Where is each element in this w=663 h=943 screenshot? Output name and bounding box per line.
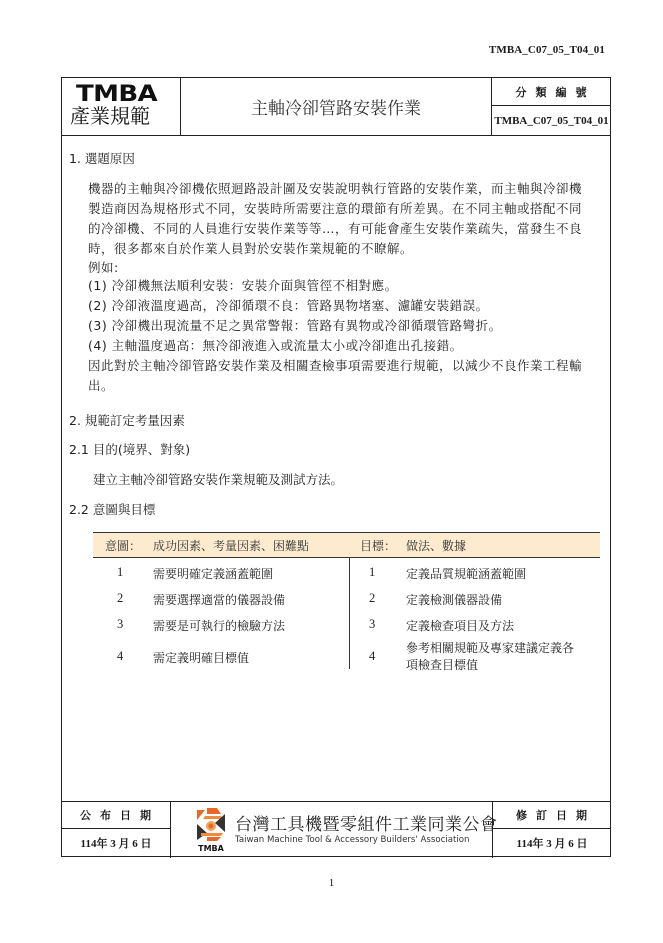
header-goal-desc: 做法、數據 bbox=[406, 537, 466, 554]
example-item-4: (4) 主軸溫度過高：無冷卻液進入或流量太小或冷卻進出孔接錯。 bbox=[88, 336, 608, 356]
logo-industry-standard-text: 產業規範 bbox=[70, 105, 150, 127]
header-intent-label: 意圖： bbox=[105, 537, 141, 554]
row-index: 4 bbox=[369, 649, 375, 664]
paragraph-line: 時，很多都來自於作業人員對於安裝作業規範的不瞭解。 bbox=[88, 239, 608, 259]
example-item-3: (3) 冷卻機出現流量不足之異常警報：管路有異物或冷卻循環管路彎折。 bbox=[88, 316, 608, 336]
goal-cell: 參考相關規範及專家建議定義各 bbox=[406, 639, 574, 656]
row-index: 1 bbox=[117, 565, 123, 580]
header-goal-label: 目標： bbox=[360, 537, 396, 554]
classification-label: 分類編號 bbox=[492, 78, 611, 106]
paragraph-line: 因此對於主軸冷卻管路安裝作業及相關查檢事項需要進行規範，以減少不良作業工程輸 bbox=[88, 356, 608, 376]
table-row: 2 需要選擇適當的儀器設備 2 定義檢測儀器設備 bbox=[93, 587, 600, 613]
paragraph-line: 製造商因為規格形式不同，安裝時所需要注意的環節有所差異。在不同主軸或搭配不同 bbox=[88, 199, 608, 219]
intent-cell: 需定義明確目標值 bbox=[153, 649, 249, 666]
publish-date-value: 114年 3 月 6 日 bbox=[62, 829, 170, 857]
paragraph-line: 機器的主軸與冷卻機依照迴路設計圖及安裝說明執行管路的安裝作業，而主軸與冷卻機 bbox=[88, 179, 608, 199]
goal-cell: 定義檢測儀器設備 bbox=[406, 591, 502, 608]
paragraph-line: 的冷卻機、不同的人員進行安裝作業等等…，有可能會產生安裝作業疏失，當發生不良 bbox=[88, 219, 608, 239]
header-intent-desc: 成功因素、考量因素、困難點 bbox=[153, 537, 309, 554]
publish-date-label: 公布日期 bbox=[62, 802, 170, 829]
example-label: 例如: bbox=[88, 259, 608, 276]
goal-cell-continued: 項檢查目標值 bbox=[406, 656, 478, 673]
section-2-1-text: 建立主軸冷卻管路安裝作業規範及測試方法。 bbox=[93, 472, 343, 488]
association-branding: TMBA 台灣工具機暨零組件工業同業公會 Taiwan Machine Tool… bbox=[171, 802, 492, 858]
association-name-english: Taiwan Machine Tool & Accessory Builders… bbox=[235, 835, 469, 845]
row-index: 1 bbox=[369, 565, 375, 580]
table-row: 3 需要是可執行的檢驗方法 3 定義檢查項目及方法 bbox=[93, 613, 600, 639]
revision-date-label: 修訂日期 bbox=[493, 802, 611, 829]
document-id-top: TMBA_C07_05_T04_01 bbox=[489, 44, 605, 56]
table-header: 意圖： 成功因素、考量因素、困難點 目標： 做法、數據 bbox=[93, 532, 600, 558]
section-2-heading: 2. 規範訂定考量因素 bbox=[69, 413, 185, 429]
tmba-association-logo-icon: TMBA bbox=[193, 806, 229, 854]
svg-text:TMBA: TMBA bbox=[198, 844, 225, 853]
document-header: TMBA 產業規範 主軸冷卻管路安裝作業 分類編號 TMBA_C07_05_T0… bbox=[62, 78, 610, 136]
revision-date-value: 114年 3 月 6 日 bbox=[493, 829, 611, 857]
table-row: 1 需要明確定義涵蓋範圍 1 定義品質規範涵蓋範圍 bbox=[93, 561, 600, 587]
row-index: 2 bbox=[369, 591, 375, 606]
section-2-2-heading: 2.2 意圖與目標 bbox=[69, 502, 155, 518]
paragraph-line: 出。 bbox=[88, 376, 608, 396]
goal-cell: 定義檢查項目及方法 bbox=[406, 617, 514, 634]
intent-cell: 需要明確定義涵蓋範圍 bbox=[153, 565, 273, 582]
section-1-body: 機器的主軸與冷卻機依照迴路設計圖及安裝說明執行管路的安裝作業，而主軸與冷卻機 製… bbox=[88, 179, 608, 396]
publish-date-box: 公布日期 114年 3 月 6 日 bbox=[62, 802, 171, 858]
page-number: 1 bbox=[0, 877, 663, 889]
tmba-standard-logo: TMBA 產業規範 bbox=[62, 78, 181, 135]
revision-date-box: 修訂日期 114年 3 月 6 日 bbox=[492, 802, 611, 858]
row-index: 3 bbox=[117, 617, 123, 632]
goal-cell: 定義品質規範涵蓋範圍 bbox=[406, 565, 526, 582]
section-2-1-heading: 2.1 目的(境界、對象) bbox=[69, 442, 190, 458]
example-item-1: (1) 冷卻機無法順利安裝：安裝介面與管徑不相對應。 bbox=[88, 276, 608, 296]
document-frame: TMBA 產業規範 主軸冷卻管路安裝作業 分類編號 TMBA_C07_05_T0… bbox=[61, 77, 611, 857]
row-index: 3 bbox=[369, 617, 375, 632]
intent-goal-table: 意圖： 成功因素、考量因素、困難點 目標： 做法、數據 1 需要明確定義涵蓋範圍… bbox=[93, 532, 600, 673]
classification-box: 分類編號 TMBA_C07_05_T04_01 bbox=[492, 78, 611, 135]
document-title: 主軸冷卻管路安裝作業 bbox=[181, 78, 492, 135]
intent-cell: 需要是可執行的檢驗方法 bbox=[153, 617, 285, 634]
association-name-chinese: 台灣工具機暨零組件工業同業公會 bbox=[235, 810, 498, 835]
section-1-heading: 1. 選題原因 bbox=[69, 151, 135, 167]
example-item-2: (2) 冷卻液溫度過高，冷卻循環不良：管路異物堵塞、濾罐安裝錯誤。 bbox=[88, 296, 608, 316]
logo-tmba-text: TMBA bbox=[76, 84, 157, 106]
intent-cell: 需要選擇適當的儀器設備 bbox=[153, 591, 285, 608]
document-body: 1. 選題原因 機器的主軸與冷卻機依照迴路設計圖及安裝說明執行管路的安裝作業，而… bbox=[62, 136, 610, 801]
document-footer: 公布日期 114年 3 月 6 日 TMBA 台灣工具機暨零組件工業同業公 bbox=[62, 801, 610, 858]
row-index: 4 bbox=[117, 649, 123, 664]
table-row: 4 需定義明確目標值 4 參考相關規範及專家建議定義各 項檢查目標值 bbox=[93, 639, 600, 673]
row-index: 2 bbox=[117, 591, 123, 606]
classification-number: TMBA_C07_05_T04_01 bbox=[492, 106, 611, 135]
